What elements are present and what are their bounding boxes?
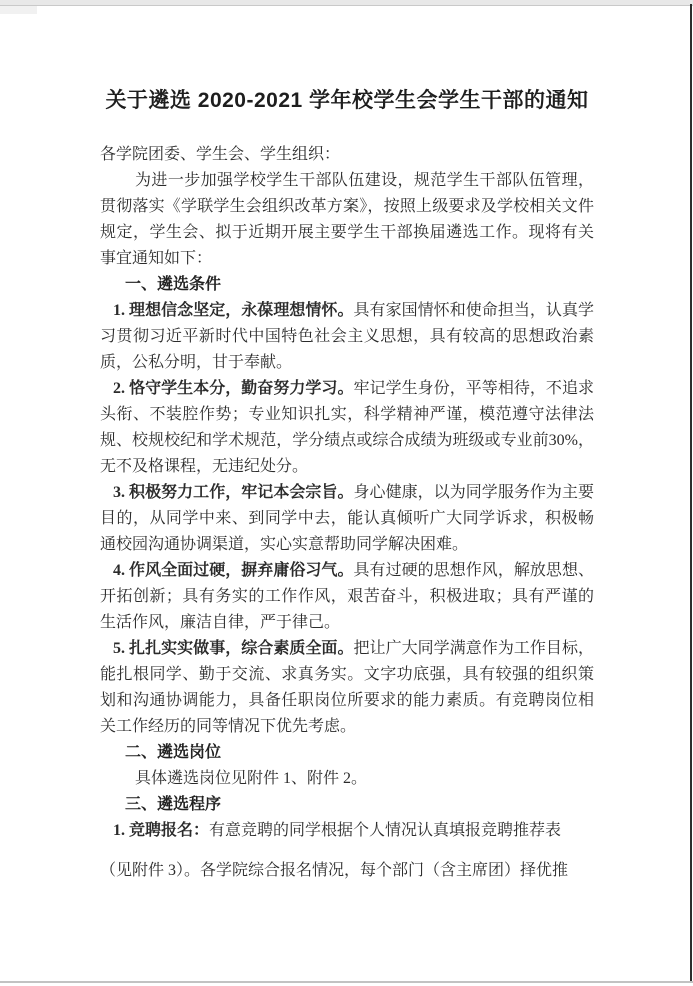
positions-paragraph: 具体遴选岗位见附件 1、附件 2。	[100, 766, 594, 792]
procedure-item-1-body: 有意竞聘的同学根据个人情况认真填报竞聘推荐表	[209, 822, 561, 839]
condition-item-4-lead: 4. 作风全面过硬，摒弃庸俗习气。	[113, 562, 354, 579]
section-heading-procedure: 三、遴选程序	[125, 792, 594, 818]
salutation: 各学院团委、学生会、学生组织：	[100, 142, 594, 168]
condition-item-5-lead: 5. 扎扎实实做事，综合素质全面。	[113, 640, 354, 657]
condition-item-5: 5. 扎扎实实做事，综合素质全面。把让广大同学满意作为工作目标，能扎根同学、勤于…	[100, 636, 594, 740]
intro-paragraph: 为进一步加强学校学生干部队伍建设，规范学生干部队伍管理，贯彻落实《学联学生会组织…	[100, 168, 594, 272]
condition-item-3: 3. 积极努力工作，牢记本会宗旨。身心健康，以为同学服务作为主要目的，从同学中来…	[100, 480, 594, 558]
condition-item-2-lead: 2. 恪守学生本分，勤奋努力学习。	[113, 380, 354, 397]
procedure-item-1: 1. 竞聘报名：有意竞聘的同学根据个人情况认真填报竞聘推荐表	[100, 818, 594, 844]
notice-title: 关于遴选 2020-2021 学年校学生会学生干部的通知	[100, 86, 594, 116]
document-page: 关于遴选 2020-2021 学年校学生会学生干部的通知 各学院团委、学生会、学…	[0, 0, 693, 986]
scan-edge-right	[690, 4, 692, 982]
notice-content: 关于遴选 2020-2021 学年校学生会学生干部的通知 各学院团委、学生会、学…	[100, 86, 594, 884]
section-heading-conditions: 一、遴选条件	[125, 272, 594, 298]
procedure-item-1-lead: 1. 竞聘报名：	[113, 822, 209, 839]
scan-edge-bottom	[0, 981, 693, 983]
section-heading-positions: 二、遴选岗位	[125, 740, 594, 766]
scan-artifact-top-left	[0, 6, 37, 14]
scan-edge-top	[0, 0, 693, 6]
condition-item-2: 2. 恪守学生本分，勤奋努力学习。牢记学生身份，平等相待，不追求头衔、不装腔作势…	[100, 376, 594, 480]
condition-item-1-lead: 1. 理想信念坚定，永葆理想情怀。	[113, 302, 354, 319]
procedure-continuation: （见附件 3）。各学院综合报名情况，每个部门（含主席团）择优推	[100, 858, 594, 884]
condition-item-4: 4. 作风全面过硬，摒弃庸俗习气。具有过硬的思想作风，解放思想、开拓创新；具有务…	[100, 558, 594, 636]
condition-item-3-lead: 3. 积极努力工作，牢记本会宗旨。	[113, 484, 354, 501]
condition-item-1: 1. 理想信念坚定，永葆理想情怀。具有家国情怀和使命担当，认真学习贯彻习近平新时…	[100, 298, 594, 376]
